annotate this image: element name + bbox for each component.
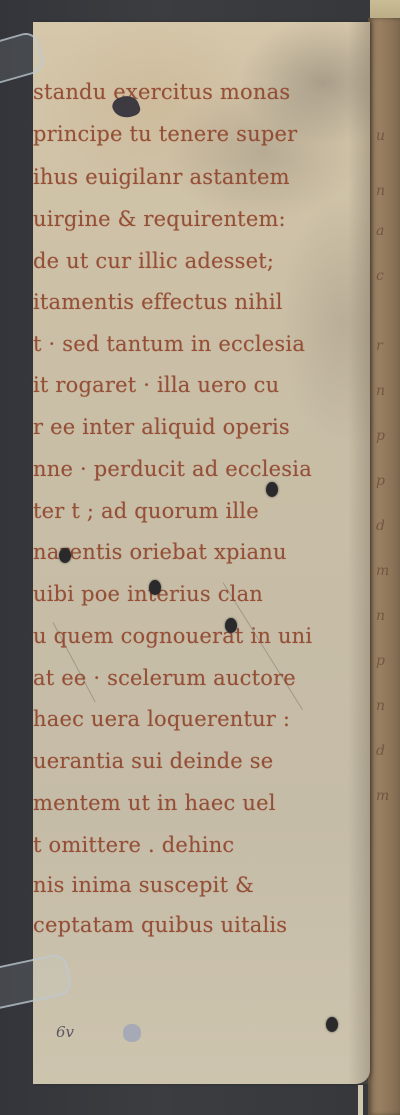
text-line: haec uera loquerentur : [33, 707, 290, 731]
text-line: itamentis effectus nihil [33, 290, 283, 314]
text-line: ceptatam quibus uitalis [33, 913, 287, 937]
adjacent-page-fragment: p [376, 473, 400, 487]
text-line: t · sed tantum in ecclesia [33, 332, 305, 356]
folio-number: 6v [56, 1023, 74, 1041]
adjacent-page-fragment: n [376, 183, 400, 197]
adjacent-page-fragment: m [376, 788, 400, 802]
worm-hole [59, 548, 71, 563]
worm-hole [326, 1017, 338, 1032]
adjacent-page-fragment: n [376, 608, 400, 622]
adjacent-page: u n a c r n p p d m n p n d m [368, 18, 400, 1115]
adjacent-page-fragment: r [376, 338, 400, 352]
text-line: uirgine & requirentem: [33, 207, 286, 231]
text-line: r ee inter aliquid operis [33, 415, 290, 439]
adjacent-page-fragment: p [376, 653, 400, 667]
worm-hole [225, 618, 237, 633]
worm-hole [149, 580, 161, 595]
adjacent-page-fragment: a [376, 223, 400, 237]
text-line: standu exercitus monas [33, 80, 290, 104]
adjacent-page-fragment: d [376, 518, 400, 532]
adjacent-page-fragment: n [376, 383, 400, 397]
adjacent-page-fragment: n [376, 698, 400, 712]
text-line: ihus euigilanr astantem [33, 165, 290, 189]
adjacent-page-fragment: u [376, 128, 400, 142]
stain [123, 1024, 141, 1042]
worm-hole [266, 482, 278, 497]
text-line: uerantia sui deinde se [33, 749, 273, 773]
manuscript-leaf: standu exercitus monas principe tu tener… [33, 22, 370, 1084]
adjacent-page-fragment: d [376, 743, 400, 757]
text-line: mentem ut in haec uel [33, 791, 276, 815]
text-line: u quem cognouerat in uni [33, 624, 312, 648]
text-line: t omittere . dehinc [33, 833, 234, 857]
adjacent-page-fragment: c [376, 268, 400, 282]
text-line: ter t ; ad quorum ille [33, 499, 259, 523]
text-line: principe tu tenere super [33, 122, 297, 146]
adjacent-page-fragment: m [376, 563, 400, 577]
adjacent-page-fragment: p [376, 428, 400, 442]
text-line: narentis oriebat xpianu [33, 540, 287, 564]
text-line: it rogaret · illa uero cu [33, 373, 279, 397]
binding-strip [358, 1085, 363, 1115]
text-line: uibi poe interius clan [33, 582, 263, 606]
text-line: de ut cur illic adesset; [33, 249, 274, 273]
text-line: nis inima suscepit & [33, 873, 254, 897]
text-line: nne · perducit ad ecclesia [33, 457, 312, 481]
leaf-edge-shadow [348, 22, 370, 1084]
text-line: at ee · scelerum auctore [33, 666, 296, 690]
